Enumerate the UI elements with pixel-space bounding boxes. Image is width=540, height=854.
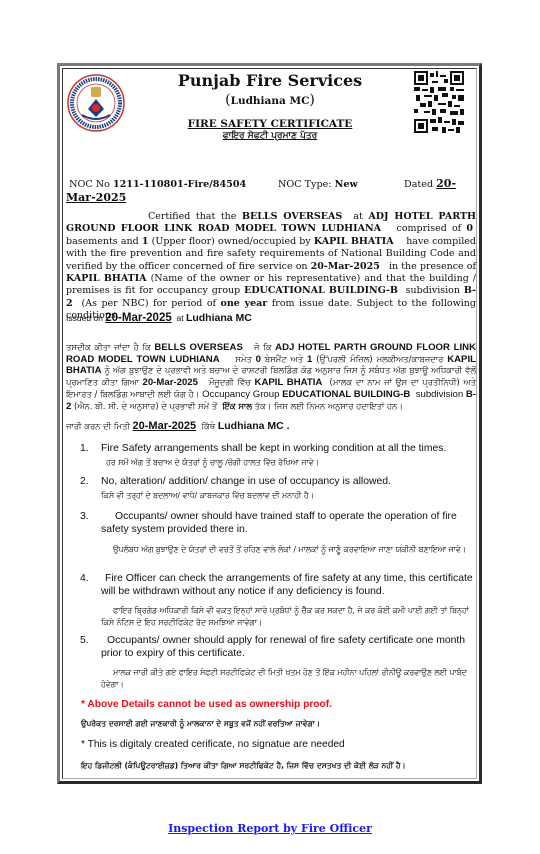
floor-count: 1 bbox=[307, 354, 312, 365]
text: (ਐਨ. ਬੀ. ਸੀ. ਦੇ ਅਨੁਸਾਰ) ਦੇ ਪ੍ਰਭਾਵੀ ਸਮੇਂ … bbox=[74, 401, 217, 411]
text: subdivision bbox=[416, 389, 463, 400]
condition-text-punjabi: ਮਾਲਕ ਜਾਰੀ ਕੀਤੇ ਗਏ ਫਾਇਰ ਸੇਫਟੀ ਸਰਟੀਫਿਕੇਟ ਦ… bbox=[101, 667, 476, 691]
ownership-warning-punjabi: ਉਪਰੋਕਤ ਦਰਸਾਈ ਗਈ ਜਾਣਕਾਰੀ ਨੂੰ ਮਾਲਕਾਨਾ ਦੇ ਸ… bbox=[81, 719, 320, 729]
ownership-warning: * Above Details cannot be used as owners… bbox=[81, 699, 332, 710]
inspection-date: 20-Mar-2025 bbox=[311, 261, 380, 272]
qr-code-icon[interactable] bbox=[414, 71, 464, 133]
condition-text-punjabi: ਫਾਇਰ ਬ੍ਰਿਗੇਡ ਅਧਿਕਾਰੀ ਕਿਸੇ ਵੀ ਵਕਤ ਇਨ੍ਹਾਂ … bbox=[101, 605, 476, 629]
inspection-report-link[interactable]: Inspection Report by Fire Officer bbox=[0, 822, 540, 835]
noc-number-value: 1211-110801-Fire/84504 bbox=[113, 179, 246, 190]
noc-type-label: NOC Type: bbox=[278, 179, 332, 190]
condition-text-punjabi: ਹਰ ਸਮੇਂ ਅੱਗ ਤੋਂ ਬਚਾਅ ਦੇ ਯੰਤਰਾਂ ਨੂੰ ਚਾਲੂ … bbox=[106, 457, 476, 469]
text: ਤਸਦੀਕ ਕੀਤਾ ਜਾਂਦਾ ਹੈ ਕਿ bbox=[66, 342, 151, 352]
text: (As per NBC) for period of bbox=[82, 298, 217, 309]
condition-item: 3. Occupants/ owner should have trained … bbox=[80, 510, 476, 556]
certification-paragraph-punjabi: ਤਸਦੀਕ ਕੀਤਾ ਜਾਂਦਾ ਹੈ ਕਿ BELLS OVERSEAS ਜੋ… bbox=[66, 342, 476, 412]
condition-number: 1. bbox=[80, 442, 89, 455]
text: ਤੱਕ। ਜਿਸ ਲਈ ਨਿਮਨ ਅਨੁਸਾਰ ਹਦਾਇਤਾਂ ਹਨ। bbox=[255, 401, 403, 411]
condition-item: 5. Occupants/ owner should apply for ren… bbox=[80, 634, 476, 691]
noc-number: NOC No 1211-110801-Fire/84504 bbox=[66, 178, 278, 191]
org-sub: (Ludhiana MC) bbox=[140, 92, 400, 108]
condition-text: No, alteration/ addition/ change in use … bbox=[101, 475, 476, 488]
representative-name: KAPIL BHATIA bbox=[66, 273, 147, 284]
text: (Upper floor) owned/occupied by bbox=[152, 236, 311, 247]
issued-label: Issued on bbox=[66, 313, 103, 323]
condition-text-punjabi: ਕਿਸੇ ਵੀ ਤਰ੍ਹਾਂ ਦੇ ਬਦਲਾਅ/ ਵਾਧੇ/ ਕਾਬਜਕਾਰ ਵ… bbox=[101, 490, 476, 502]
text: ਜੋ ਕਿ bbox=[254, 342, 272, 352]
text: comprised of bbox=[397, 223, 462, 234]
basement-count: 0 bbox=[256, 354, 261, 365]
text: ਬੇਸਮੈਂਟ ਅਤੇ bbox=[265, 354, 303, 364]
issued-date: 20-Mar-2025 bbox=[105, 312, 171, 324]
text: Occupancy Group bbox=[202, 389, 279, 400]
text: (ਉੱਪਰਲੀ ਮੰਜ਼ਿਲ) ਮਲਕੀਅਤ/ਕਾਬਜ਼ਦਾਰ bbox=[316, 354, 443, 364]
issued-label-punjabi: ਜਾਰੀ ਕਰਨ ਦੀ ਮਿਤੀ bbox=[66, 421, 130, 431]
validity-period: ਇੱਕ ਸਾਲ bbox=[222, 401, 252, 411]
issued-at-label-punjabi: ਕਿੱਥੇ bbox=[201, 421, 215, 431]
condition-item: 2. No, alteration/ addition/ change in u… bbox=[80, 475, 476, 502]
condition-item: 4. Fire Officer can check the arrangemen… bbox=[80, 572, 476, 629]
digital-certificate-note-punjabi: ਇਹ ਡਿਜੀਟਲੀ (ਕੰਪਿਊਟਰਾਈਜ਼ਡ) ਤਿਆਰ ਕੀਤਾ ਗਿਆ … bbox=[81, 761, 406, 771]
issued-line: Issued on 20-Mar-2025 at Ludhiana MC bbox=[66, 312, 252, 324]
certificate-title-punjabi: ਫਾਇਰ ਸੇਫਟੀ ਪ੍ਰਮਾਣ ਪੱਤਰ bbox=[140, 131, 400, 141]
condition-text: Occupants/ owner should have trained sta… bbox=[101, 510, 476, 536]
firm-name: BELLS OVERSEAS bbox=[154, 342, 242, 353]
representative-name: KAPIL BHATIA bbox=[255, 377, 323, 388]
issued-place-punjabi: Ludhiana MC . bbox=[218, 420, 290, 432]
condition-number: 4. bbox=[80, 572, 89, 585]
condition-text-punjabi: ਉਪਲੱਬਧ ਅੱਗ ਬੁਝਾਉਣ ਦੇ ਯੰਤਰਾਂ ਦੀ ਵਰਤੋਂ ਤੋਂ… bbox=[101, 544, 476, 556]
inspection-date: 20-Mar-2025 bbox=[143, 377, 198, 388]
condition-text: Fire Safety arrangements shall be kept i… bbox=[101, 442, 476, 455]
owner-name: KAPIL BHATIA bbox=[314, 236, 394, 247]
issued-date-punjabi: 20-Mar-2025 bbox=[133, 420, 197, 432]
issued-place: Ludhiana MC bbox=[186, 312, 252, 324]
noc-dated-label: Dated bbox=[404, 179, 433, 190]
occupancy-group: EDUCATIONAL BUILDING-B bbox=[282, 389, 410, 400]
certification-paragraph: Certified that the BELLS OVERSEAS at ADJ… bbox=[66, 211, 476, 323]
org-sub-text: Ludhiana MC bbox=[231, 95, 310, 107]
occupancy-group: EDUCATIONAL BUILDING-B bbox=[244, 285, 398, 296]
basement-count: 0 bbox=[466, 223, 473, 234]
validity-period: one year bbox=[221, 298, 268, 309]
text: ਸਮੇਤ bbox=[235, 354, 251, 364]
fire-services-emblem-icon bbox=[66, 73, 126, 133]
text: at bbox=[353, 211, 362, 222]
digital-certificate-note: * This is digitaly created cerificate, n… bbox=[81, 739, 345, 750]
noc-row: NOC No 1211-110801-Fire/84504NOC Type: N… bbox=[66, 177, 476, 205]
condition-number: 3. bbox=[80, 510, 89, 523]
org-name: Punjab Fire Services bbox=[140, 71, 400, 90]
text: Certified that the bbox=[148, 211, 236, 222]
condition-text: Occupants/ owner should apply for renewa… bbox=[101, 634, 476, 660]
noc-number-label: NOC No bbox=[69, 179, 110, 190]
condition-text: Fire Officer can check the arrangements … bbox=[101, 572, 476, 598]
text: subdivision bbox=[406, 285, 460, 296]
text: ਮੌਜੂਦਗੀ ਵਿੱਚ bbox=[209, 377, 251, 387]
condition-number: 2. bbox=[80, 475, 89, 488]
text: basements and bbox=[66, 236, 139, 247]
noc-type: NOC Type: New bbox=[278, 178, 404, 191]
firm-name: BELLS OVERSEAS bbox=[242, 211, 342, 222]
condition-number: 5. bbox=[80, 634, 89, 647]
text: in the presence of bbox=[389, 261, 476, 272]
issued-at-label: at bbox=[176, 313, 183, 323]
condition-item: 1. Fire Safety arrangements shall be kep… bbox=[80, 442, 476, 469]
certificate-title: FIRE SAFETY CERTIFICATE bbox=[140, 118, 400, 130]
floor-count: 1 bbox=[142, 236, 149, 247]
issued-line-punjabi: ਜਾਰੀ ਕਰਨ ਦੀ ਮਿਤੀ 20-Mar-2025 ਕਿੱਥੇ Ludhi… bbox=[66, 420, 290, 432]
noc-type-value: New bbox=[335, 179, 358, 190]
